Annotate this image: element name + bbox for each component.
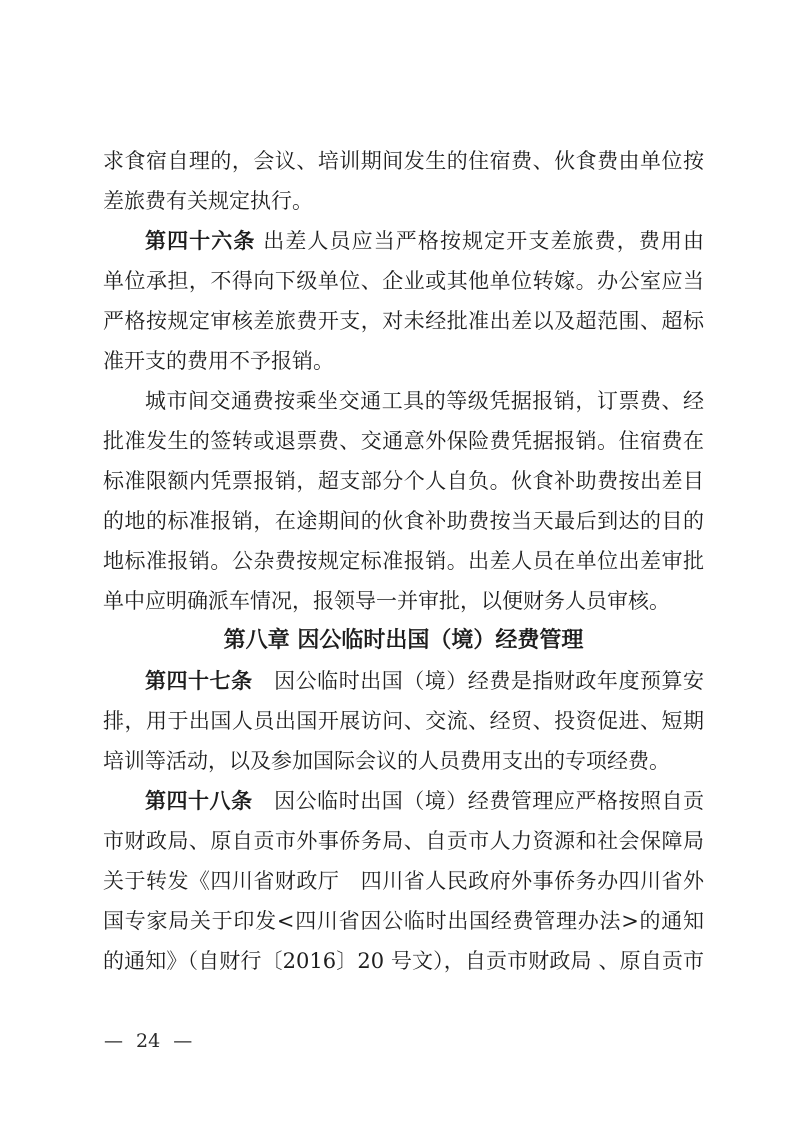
text-line: 准开支的费用不予报销。 bbox=[103, 341, 704, 381]
text-line: 市财政局、原自贡市外事侨务局、自贡市人力资源和社会保障局 bbox=[103, 821, 704, 861]
chapter-heading: 第八章 因公临时出国（境）经费管理 bbox=[103, 621, 704, 661]
document-body: 求食宿自理的，会议、培训期间发生的住宿费、伙食费由单位按 差旅费有关规定执行。 … bbox=[103, 141, 704, 981]
article-number: 第四十八条 bbox=[145, 788, 253, 813]
text-line: 求食宿自理的，会议、培训期间发生的住宿费、伙食费由单位按 bbox=[103, 141, 704, 181]
text-line: 差旅费有关规定执行。 bbox=[103, 181, 704, 221]
text-line: 国专家局关于印发<四川省因公临时出国经费管理办法>的通知 bbox=[103, 901, 704, 941]
article-number: 第四十七条 bbox=[145, 668, 253, 693]
text-line: 的地的标准报销，在途期间的伙食补助费按当天最后到达的目的 bbox=[103, 501, 704, 541]
article-line: 第四十七条 因公临时出国（境）经费是指财政年度预算安 bbox=[103, 661, 704, 701]
article-text: 因公临时出国（境）经费是指财政年度预算安 bbox=[253, 669, 704, 693]
text-line: 严格按规定审核差旅费开支，对未经批准出差以及超范围、超标 bbox=[103, 301, 704, 341]
text-line: 培训等活动，以及参加国际会议的人员费用支出的专项经费。 bbox=[103, 741, 704, 781]
text-line: 单位承担，不得向下级单位、企业或其他单位转嫁。办公室应当 bbox=[103, 261, 704, 301]
article-line: 第四十八条 因公临时出国（境）经费管理应严格按照自贡 bbox=[103, 781, 704, 821]
text-line: 标准限额内凭票报销，超支部分个人自负。伙食补助费按出差目 bbox=[103, 461, 704, 501]
text-line: 单中应明确派车情况，报领导一并审批，以便财务人员审核。 bbox=[103, 581, 704, 621]
article-text: 因公临时出国（境）经费管理应严格按照自贡 bbox=[253, 789, 704, 813]
text-line: 的通知》（自财行〔2016〕20 号文），自贡市财政局 、原自贡市 bbox=[103, 941, 704, 981]
text-line: 批准发生的签转或退票费、交通意外保险费凭据报销。住宿费在 bbox=[103, 421, 704, 461]
text-line: 排，用于出国人员出国开展访问、交流、经贸、投资促进、短期 bbox=[103, 701, 704, 741]
text-line: 关于转发《四川省财政厅 四川省人民政府外事侨务办四川省外 bbox=[103, 861, 704, 901]
article-line: 第四十六条 出差人员应当严格按规定开支差旅费，费用由 bbox=[103, 221, 704, 261]
page-number: — 24 — bbox=[104, 1028, 192, 1054]
text-line: 地标准报销。公杂费按规定标准报销。出差人员在单位出差审批 bbox=[103, 541, 704, 581]
article-text: 出差人员应当严格按规定开支差旅费，费用由 bbox=[255, 229, 704, 253]
document-page: 求食宿自理的，会议、培训期间发生的住宿费、伙食费由单位按 差旅费有关规定执行。 … bbox=[0, 0, 793, 1122]
text-line: 城市间交通费按乘坐交通工具的等级凭据报销，订票费、经 bbox=[103, 381, 704, 421]
article-number: 第四十六条 bbox=[145, 228, 255, 253]
